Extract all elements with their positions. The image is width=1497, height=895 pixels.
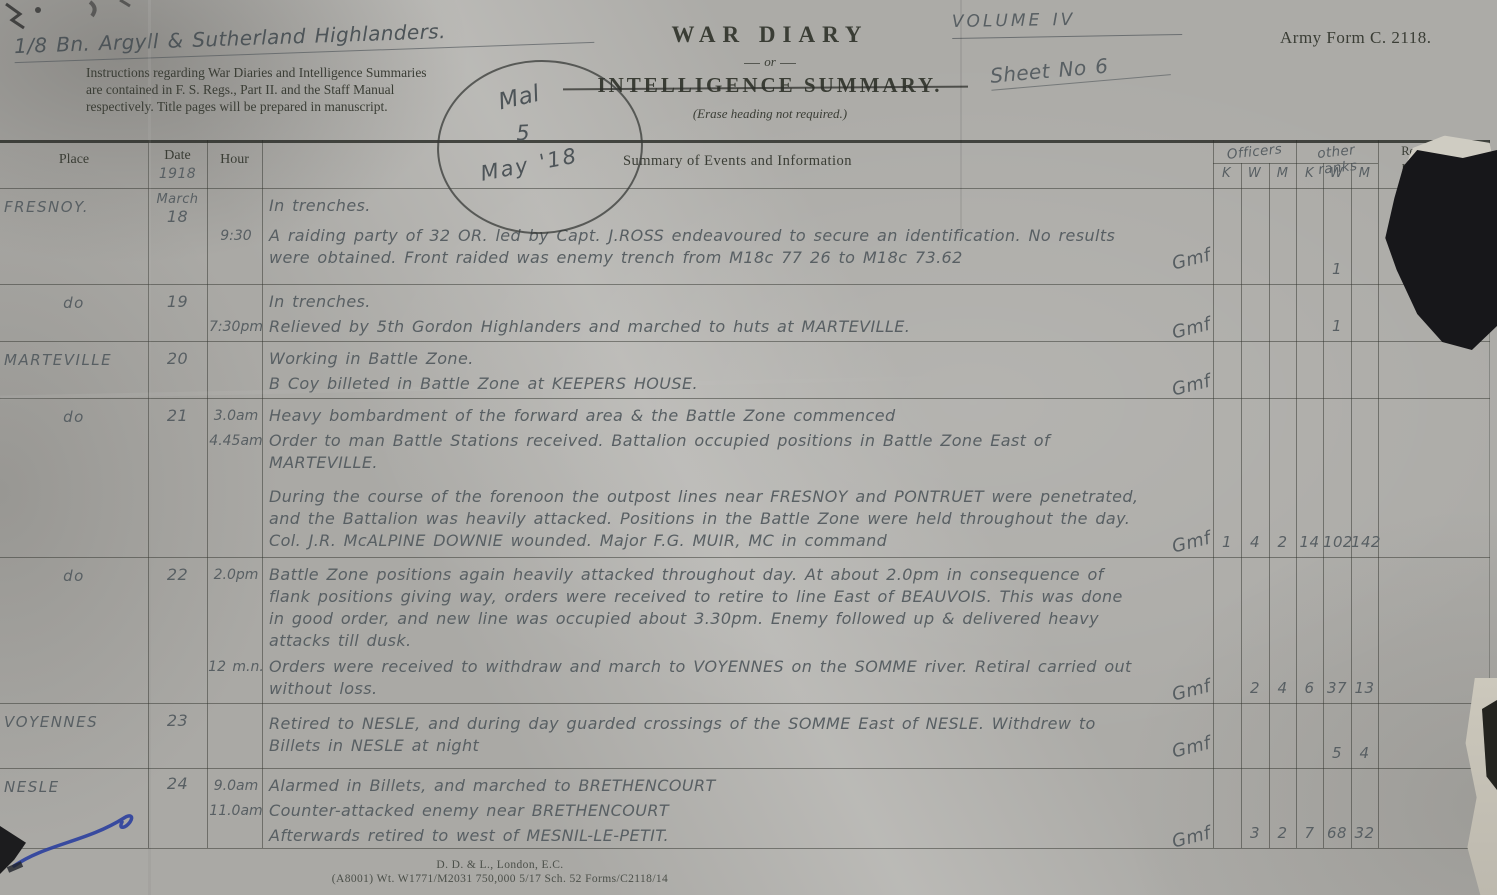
date-day: 18 xyxy=(148,207,207,226)
casualty-value: 1 xyxy=(1323,260,1351,280)
casualty-value: 1 xyxy=(1323,317,1351,337)
remarks-cell xyxy=(1378,398,1490,557)
hour-value: 9.0am xyxy=(207,775,265,797)
col-group-officers: Officers xyxy=(1212,140,1296,165)
entry-text: Working in Battle Zone. xyxy=(269,349,474,368)
place-cell: do xyxy=(4,567,144,585)
col-header-summary: Summary of Events and Information xyxy=(262,153,1213,170)
date-cell: 23 xyxy=(148,711,207,730)
casualty-letter: K xyxy=(1213,166,1240,181)
casualty-value: 7 xyxy=(1296,824,1323,844)
hour-value: 9:30 xyxy=(207,225,265,247)
signature-initials: Gmf xyxy=(1170,528,1213,557)
casualty-value: 6 xyxy=(1296,679,1323,699)
place-cell: NESLE xyxy=(4,778,144,796)
casualty-letter: W xyxy=(1323,166,1350,181)
casualty-cells: 5 4 xyxy=(1213,703,1378,764)
casualty-value xyxy=(1213,697,1241,699)
date-day: 20 xyxy=(148,349,207,368)
casualty-value: 5 xyxy=(1323,744,1351,764)
place-cell: FRESNOY. xyxy=(4,198,144,216)
diary-row: MARTEVILLE 20 Working in Battle Zone. B … xyxy=(0,341,1490,398)
casualty-value xyxy=(1351,278,1378,280)
casualty-value: 3 xyxy=(1241,824,1269,844)
army-form-number: Army Form C. 2118. xyxy=(1280,28,1431,48)
hour-value: 11.0am xyxy=(207,800,265,822)
diary-table: Place Date 1918 Hour Summary of Events a… xyxy=(0,140,1490,848)
diary-entry: 9:30 A raiding party of 32 OR. led by Ca… xyxy=(207,225,1213,269)
casualty-value xyxy=(1296,278,1323,280)
hour-value: 2.0pm xyxy=(207,564,265,586)
diary-entry: 9.0am Alarmed in Billets, and marched to… xyxy=(207,775,1213,797)
printer-imprint-line2: (A8001) Wt. W1771/M2031 750,000 5/17 Sch… xyxy=(270,872,730,886)
diary-row: do 22 2.0pm Battle Zone positions again … xyxy=(0,557,1490,703)
diary-entry: 7:30pm Relieved by 5th Gordon Highlander… xyxy=(207,316,1213,338)
diary-row: VOYENNES 23 Retired to NESLE, and during… xyxy=(0,703,1490,768)
date-day: 19 xyxy=(148,292,207,311)
diary-entry: 11.0am Counter-attacked enemy near BRETH… xyxy=(207,800,1213,822)
blue-ink-mark xyxy=(6,796,156,876)
summary-cell: Working in Battle Zone. B Coy billeted i… xyxy=(207,345,1213,398)
casualty-value: 68 xyxy=(1323,824,1351,844)
entry-text: Alarmed in Billets, and marched to BRETH… xyxy=(269,776,716,795)
date-year-handwritten: 1918 xyxy=(148,166,207,182)
diary-entry: Afterwards retired to west of MESNIL-LE-… xyxy=(207,825,1213,847)
diary-entry: B Coy billeted in Battle Zone at KEEPERS… xyxy=(207,373,1213,395)
diary-row: do 21 3.0am Heavy bombardment of the for… xyxy=(0,398,1490,557)
or-label: or xyxy=(758,54,782,70)
casualty-letter: M xyxy=(1351,166,1378,181)
sheet-number: Sheet No 6 xyxy=(989,48,1171,91)
place-cell: do xyxy=(4,294,144,312)
casualty-value xyxy=(1213,278,1241,280)
entry-text: During the course of the forenoon the ou… xyxy=(269,487,1138,550)
entry-text: B Coy billeted in Battle Zone at KEEPERS… xyxy=(269,374,698,393)
place-cell: do xyxy=(4,408,144,426)
war-diary-page: 1/8 Bn. Argyll & Sutherland Highlanders.… xyxy=(0,0,1497,895)
stamp-day: 5 xyxy=(516,121,531,146)
date-cell: March 18 xyxy=(148,190,207,226)
date-cell: 19 xyxy=(148,292,207,311)
casualty-value: 4 xyxy=(1351,744,1378,764)
signature-initials: Gmf xyxy=(1170,676,1213,703)
diary-entry: 4.45am Order to man Battle Stations rece… xyxy=(207,430,1213,474)
casualty-letter: K xyxy=(1296,166,1323,181)
entry-text: Relieved by 5th Gordon Highlanders and m… xyxy=(269,317,910,336)
casualty-value: 1 xyxy=(1213,533,1241,553)
table-bottom-rule xyxy=(0,848,1490,849)
casualty-value: 13 xyxy=(1351,679,1378,699)
stamp-month-year: May '18 xyxy=(479,143,580,185)
casualty-cells: 2 4 6 37 13 xyxy=(1213,557,1378,699)
date-cell: 24 xyxy=(148,774,207,793)
casualty-letter: W xyxy=(1241,166,1268,181)
diary-row: do 19 In trenches. 7:30pm Relieved by 5t… xyxy=(0,284,1490,341)
signature-initials: Gmf xyxy=(1170,314,1213,341)
casualty-value xyxy=(1351,335,1378,337)
casualty-value xyxy=(1296,335,1323,337)
diary-entry: 2.0pm Battle Zone positions again heavil… xyxy=(207,564,1213,652)
entry-text: Retired to NESLE, and during day guarded… xyxy=(269,714,1096,755)
diary-entry: 12 m.n. Orders were received to withdraw… xyxy=(207,656,1213,700)
casualty-cells: 3 2 7 68 32 xyxy=(1213,768,1378,844)
col-header-hour: Hour xyxy=(207,152,262,168)
signature-initials: Gmf xyxy=(1170,823,1213,848)
entry-text: A raiding party of 32 OR. led by Capt. J… xyxy=(269,226,1115,267)
summary-cell: In trenches. 7:30pm Relieved by 5th Gord… xyxy=(207,288,1213,341)
casualty-value xyxy=(1241,278,1269,280)
casualty-value: 2 xyxy=(1269,533,1296,553)
remarks-cell xyxy=(1378,557,1490,703)
intelligence-summary-title: INTELLIGENCE SUMMARY. xyxy=(597,73,942,97)
diary-entry: In trenches. xyxy=(207,195,1213,217)
hour-value: 3.0am xyxy=(207,405,265,427)
date-cell: 20 xyxy=(148,349,207,368)
date-month: March xyxy=(148,192,207,207)
signature-initials: Gmf xyxy=(1170,245,1213,276)
diary-entry: Working in Battle Zone. xyxy=(207,348,1213,370)
entry-text: In trenches. xyxy=(269,292,371,311)
casualty-value: 2 xyxy=(1269,824,1296,844)
entry-text: Orders were received to withdraw and mar… xyxy=(269,657,1132,698)
col-header-place: Place xyxy=(0,152,148,168)
casualty-value: 4 xyxy=(1269,679,1296,699)
casualty-value xyxy=(1213,335,1241,337)
summary-cell: 2.0pm Battle Zone positions again heavil… xyxy=(207,561,1213,703)
casualty-cells: 1 xyxy=(1213,284,1378,337)
casualty-value xyxy=(1241,762,1269,764)
casualty-value: 32 xyxy=(1351,824,1378,844)
printer-imprint-line1: D. D. & L., London, E.C. xyxy=(270,858,730,872)
casualty-value xyxy=(1241,335,1269,337)
entry-text: Order to man Battle Stations received. B… xyxy=(269,431,1050,472)
stamp-initials: Mal xyxy=(496,81,542,116)
entry-text: Afterwards retired to west of MESNIL-LE-… xyxy=(269,826,669,845)
entry-text: Battle Zone positions again heavily atta… xyxy=(269,565,1123,650)
casualty-value xyxy=(1213,762,1241,764)
diary-entry: Retired to NESLE, and during day guarded… xyxy=(207,713,1213,757)
intelligence-summary-wrap: INTELLIGENCE SUMMARY. xyxy=(597,73,942,98)
signature-initials: Gmf xyxy=(1170,733,1213,764)
diary-entry: 3.0am Heavy bombardment of the forward a… xyxy=(207,405,1213,427)
casualty-value xyxy=(1269,278,1296,280)
casualty-value: 4 xyxy=(1241,533,1269,553)
entry-text: Counter-attacked enemy near BRETHENCOURT xyxy=(269,801,669,820)
form-instructions: Instructions regarding War Diaries and I… xyxy=(86,64,438,115)
date-day: 22 xyxy=(148,565,207,584)
entry-text: Heavy bombardment of the forward area & … xyxy=(269,406,896,425)
casualty-value: 102 xyxy=(1323,533,1351,553)
casualty-value: 142 xyxy=(1351,533,1378,553)
hour-value: 12 m.n. xyxy=(207,656,265,678)
casualty-cells: 1 4 2 14 102 142 xyxy=(1213,398,1378,553)
summary-cell: 3.0am Heavy bombardment of the forward a… xyxy=(207,402,1213,557)
diary-entry: During the course of the forenoon the ou… xyxy=(207,486,1213,552)
diary-row: NESLE 24 9.0am Alarmed in Billets, and m… xyxy=(0,768,1490,848)
place-cell: VOYENNES xyxy=(4,713,144,731)
date-cell: 22 xyxy=(148,565,207,584)
place-cell: MARTEVILLE xyxy=(4,351,144,369)
date-day: 23 xyxy=(148,711,207,730)
summary-cell: In trenches. 9:30 A raiding party of 32 … xyxy=(207,192,1213,284)
remarks-cell xyxy=(1378,341,1490,398)
signature-initials: Gmf xyxy=(1170,371,1213,398)
casualty-cells: 1 xyxy=(1213,188,1378,280)
casualty-value xyxy=(1296,762,1323,764)
summary-cell: 9.0am Alarmed in Billets, and marched to… xyxy=(207,772,1213,848)
date-day: 24 xyxy=(148,774,207,793)
hour-value: 4.45am xyxy=(207,430,265,452)
casualty-value: 14 xyxy=(1296,533,1323,553)
entry-text: In trenches. xyxy=(269,196,371,215)
diary-row: FRESNOY. March 18 In trenches. 9:30 A ra… xyxy=(0,188,1490,284)
casualty-value xyxy=(1213,842,1241,844)
date-day: 21 xyxy=(148,406,207,425)
casualty-letter: M xyxy=(1269,166,1296,181)
casualty-value: 37 xyxy=(1323,679,1351,699)
volume-label: VOLUME IV xyxy=(952,8,1182,39)
date-cell: 21 xyxy=(148,406,207,425)
col-header-date: Date xyxy=(148,148,207,164)
war-diary-title: WAR DIARY xyxy=(560,22,980,48)
casualty-value xyxy=(1269,335,1296,337)
corner-smudges xyxy=(0,0,180,70)
casualty-value xyxy=(1269,762,1296,764)
printer-imprint: D. D. & L., London, E.C. (A8001) Wt. W17… xyxy=(270,858,730,886)
summary-cell: Retired to NESLE, and during day guarded… xyxy=(207,707,1213,768)
diary-entry: In trenches. xyxy=(207,291,1213,313)
hour-value: 7:30pm xyxy=(207,316,265,338)
casualty-value: 2 xyxy=(1241,679,1269,699)
